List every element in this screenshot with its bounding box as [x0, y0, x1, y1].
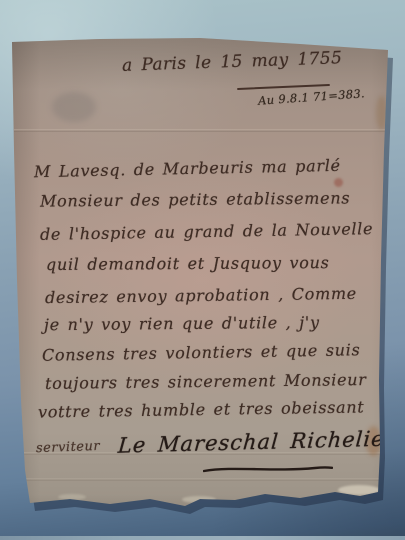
- letter-line: de l'hospice au grand de la Nouvelle: [40, 219, 373, 244]
- closing-word: serviteur: [36, 439, 101, 456]
- torn-edge-highlight: [58, 494, 86, 500]
- embossed-smudge: [52, 92, 96, 122]
- letter-line: je n'y voy rien que d'utile , j'y: [44, 313, 320, 334]
- date-line: a Paris le 15 may 1755: [122, 48, 343, 76]
- letter-line: Monsieur des petits etablissemens: [40, 188, 350, 210]
- fold-crease: [14, 478, 387, 481]
- fold-crease: [14, 129, 387, 132]
- red-ink-stain: [334, 178, 343, 187]
- letter-line: vottre tres humble et tres obeissant: [38, 397, 365, 421]
- letter-paper: a Paris le 15 may 1755 Au 9.8.1 71=383. …: [0, 0, 405, 540]
- letter-line: M Lavesq. de Marbeuris ma parlé: [34, 156, 341, 181]
- letter-line: desirez envoy aprobation , Comme: [45, 284, 357, 307]
- letter-line: Consens tres volontiers et que suis: [42, 340, 361, 365]
- signature-flourish-underline: [203, 464, 333, 474]
- letter-line: toujours tres sincerement Monsieur: [45, 370, 367, 393]
- signature: Le Mareschal Richelieu: [117, 426, 400, 457]
- backdrop-edge-highlight: [0, 536, 405, 540]
- letter-photograph: a Paris le 15 may 1755 Au 9.8.1 71=383. …: [0, 0, 405, 540]
- letter-line: quil demandoit et Jusquoy vous: [46, 253, 330, 274]
- archive-mark: Au 9.8.1 71=383.: [258, 86, 366, 107]
